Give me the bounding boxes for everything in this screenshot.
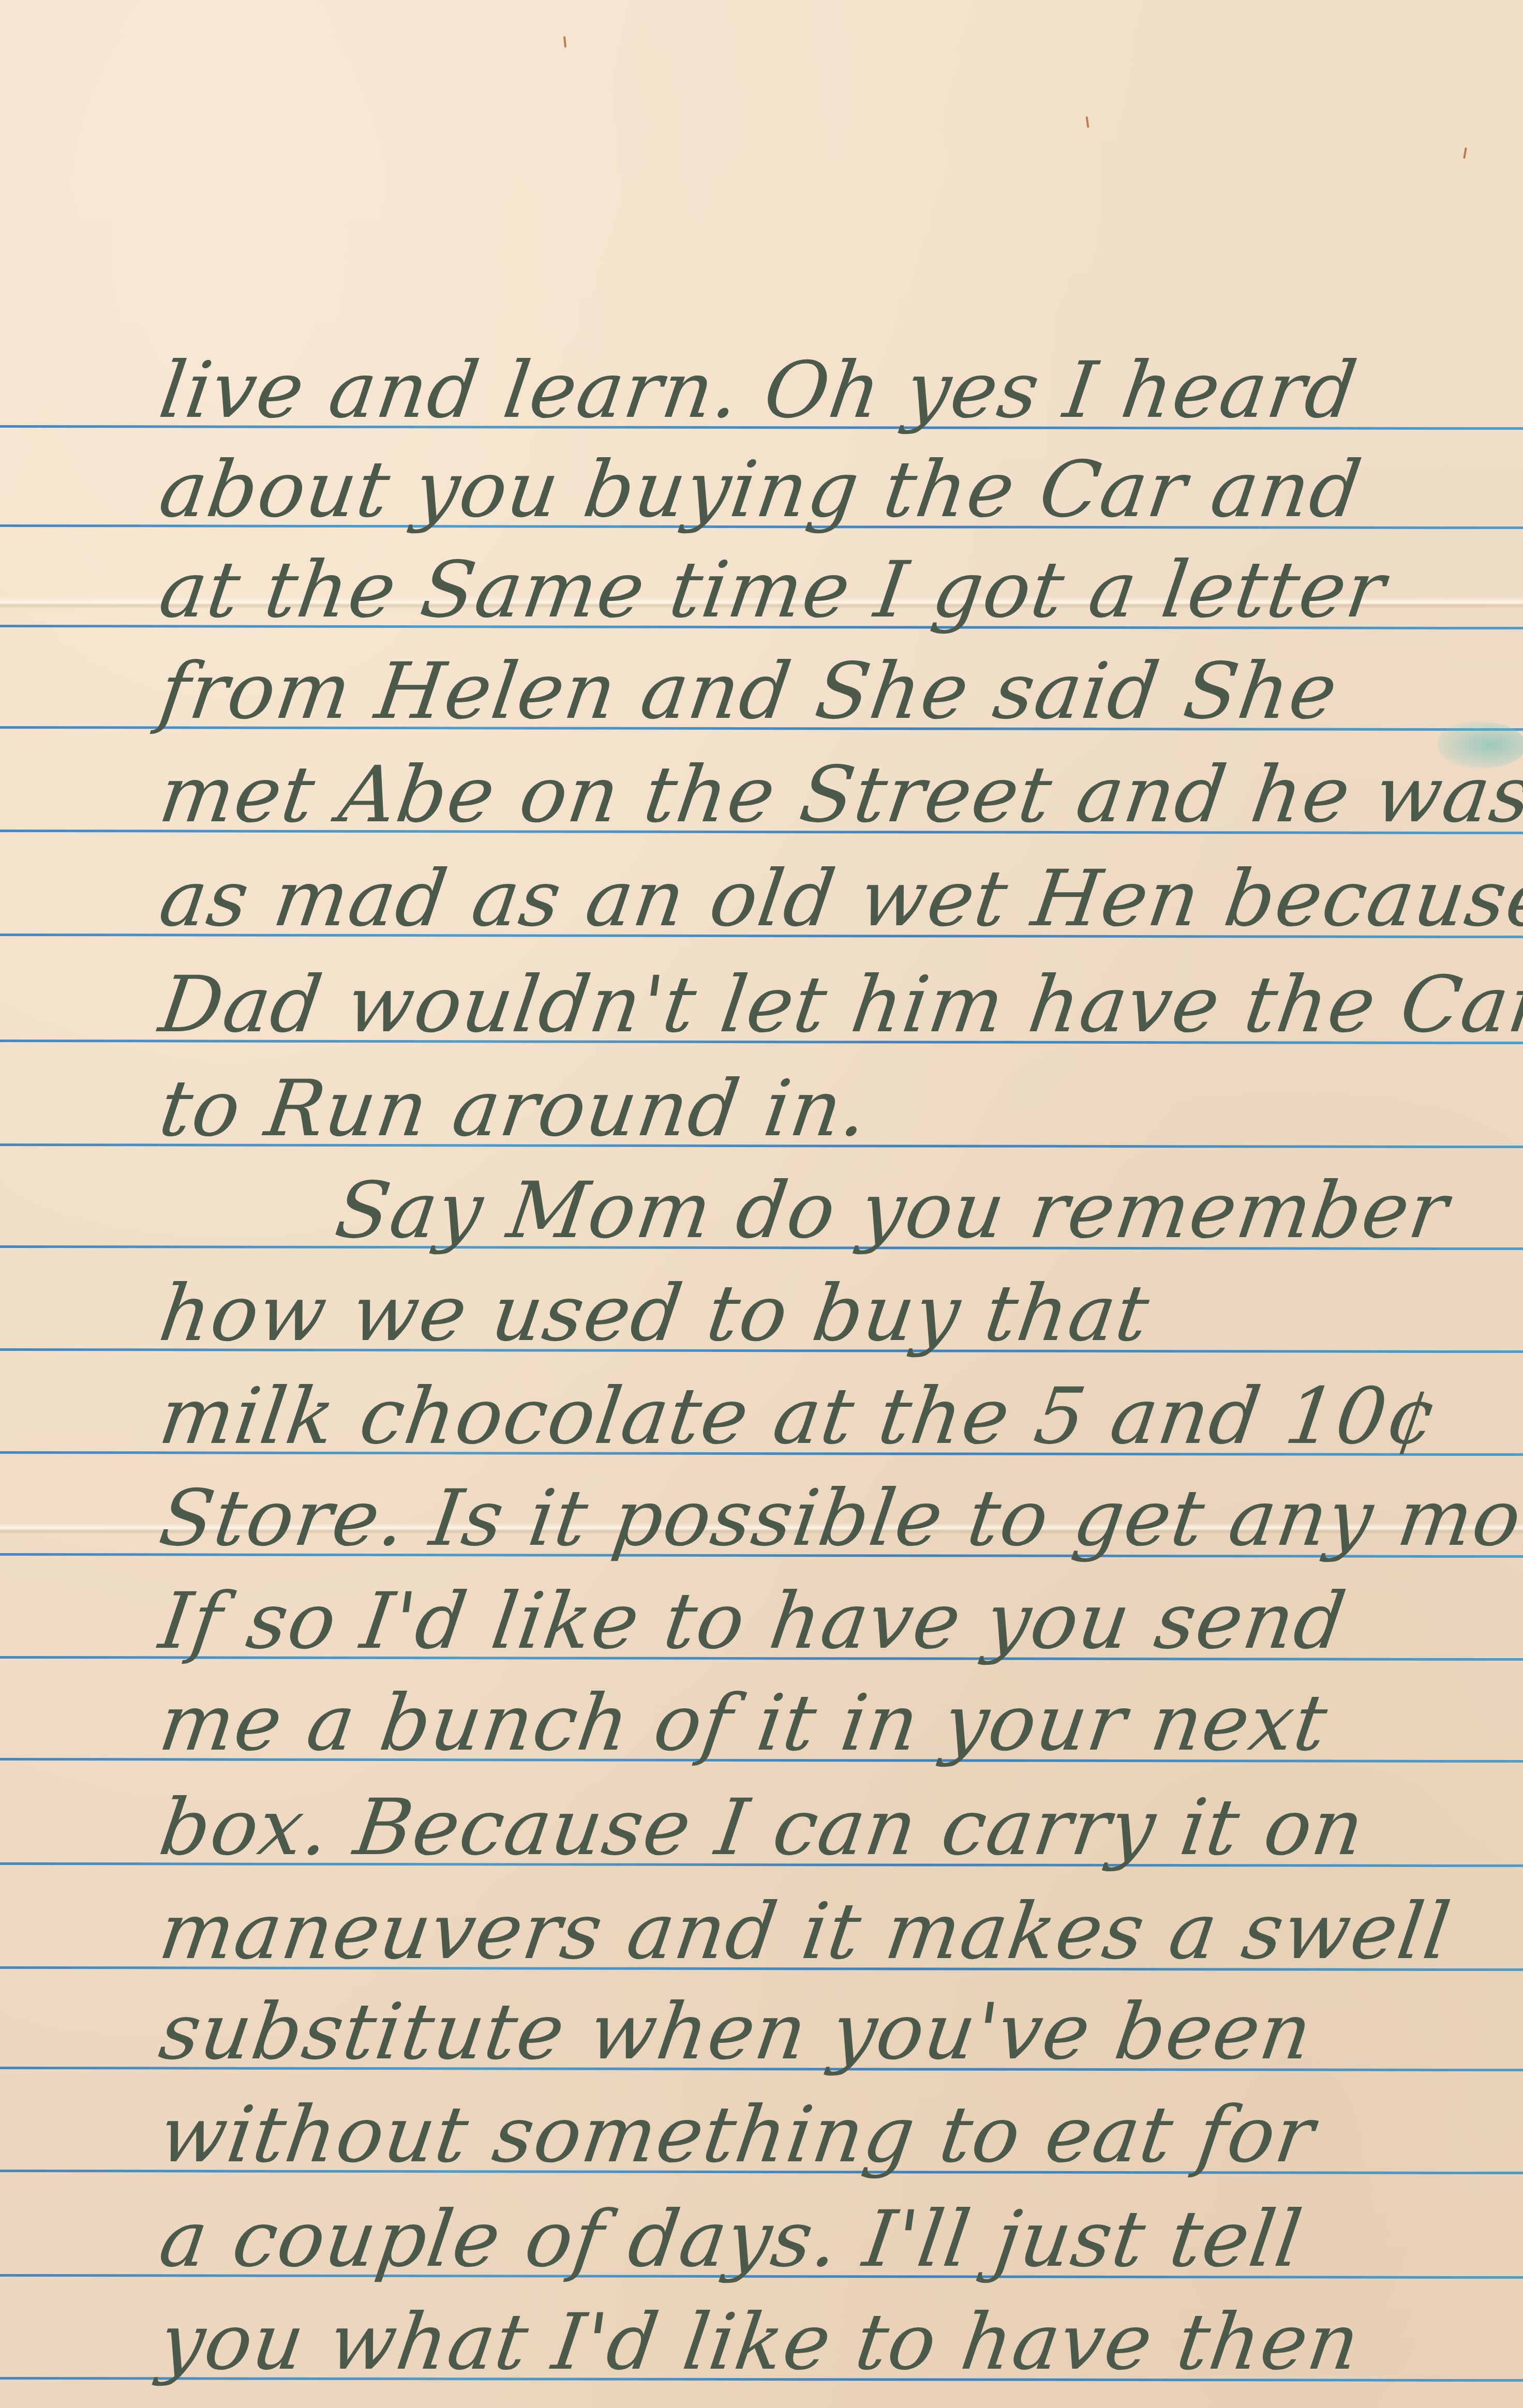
letter-line-6: as mad as an old wet Hen because [155,860,1490,938]
letter-line-7: Dad wouldn't let him have the Car [155,966,1490,1044]
letter-line-20: you what I'd like to have then [155,2304,1490,2381]
letter-page: live and learn. Oh yes I heard about you… [0,0,1523,2408]
letter-line-18: without something to eat for [155,2096,1490,2174]
letter-line-14: me a bunch of it in your next [155,1684,1490,1762]
paper-fleck [1463,147,1467,159]
letter-line-1: live and learn. Oh yes I heard [155,352,1490,429]
letter-line-3: at the Same time I got a letter [155,551,1490,629]
letter-line-9: Say Mom do you remember [331,1172,1523,1250]
letter-line-12: Store. Is it possible to get any more. [155,1480,1490,1557]
letter-line-19: a couple of days. I'll just tell [155,2201,1490,2278]
letter-line-2: about you buying the Car and [155,451,1490,529]
letter-line-16: maneuvers and it makes a swell [155,1893,1490,1970]
letter-line-15: box. Because I can carry it on [155,1789,1490,1867]
paper-fleck [563,36,566,48]
letter-line-17: substitute when you've been [155,1993,1490,2071]
letter-line-11: milk chocolate at the 5 and 10¢ [155,1378,1490,1455]
letter-line-10: how we used to buy that [155,1275,1490,1352]
letter-line-13: If so I'd like to have you send [155,1583,1490,1660]
letter-line-4: from Helen and She said She [155,653,1490,730]
letter-line-5: met Abe on the Street and he was [155,756,1490,834]
paper-fleck [1085,116,1089,128]
letter-line-8: to Run around in. [155,1070,1490,1148]
